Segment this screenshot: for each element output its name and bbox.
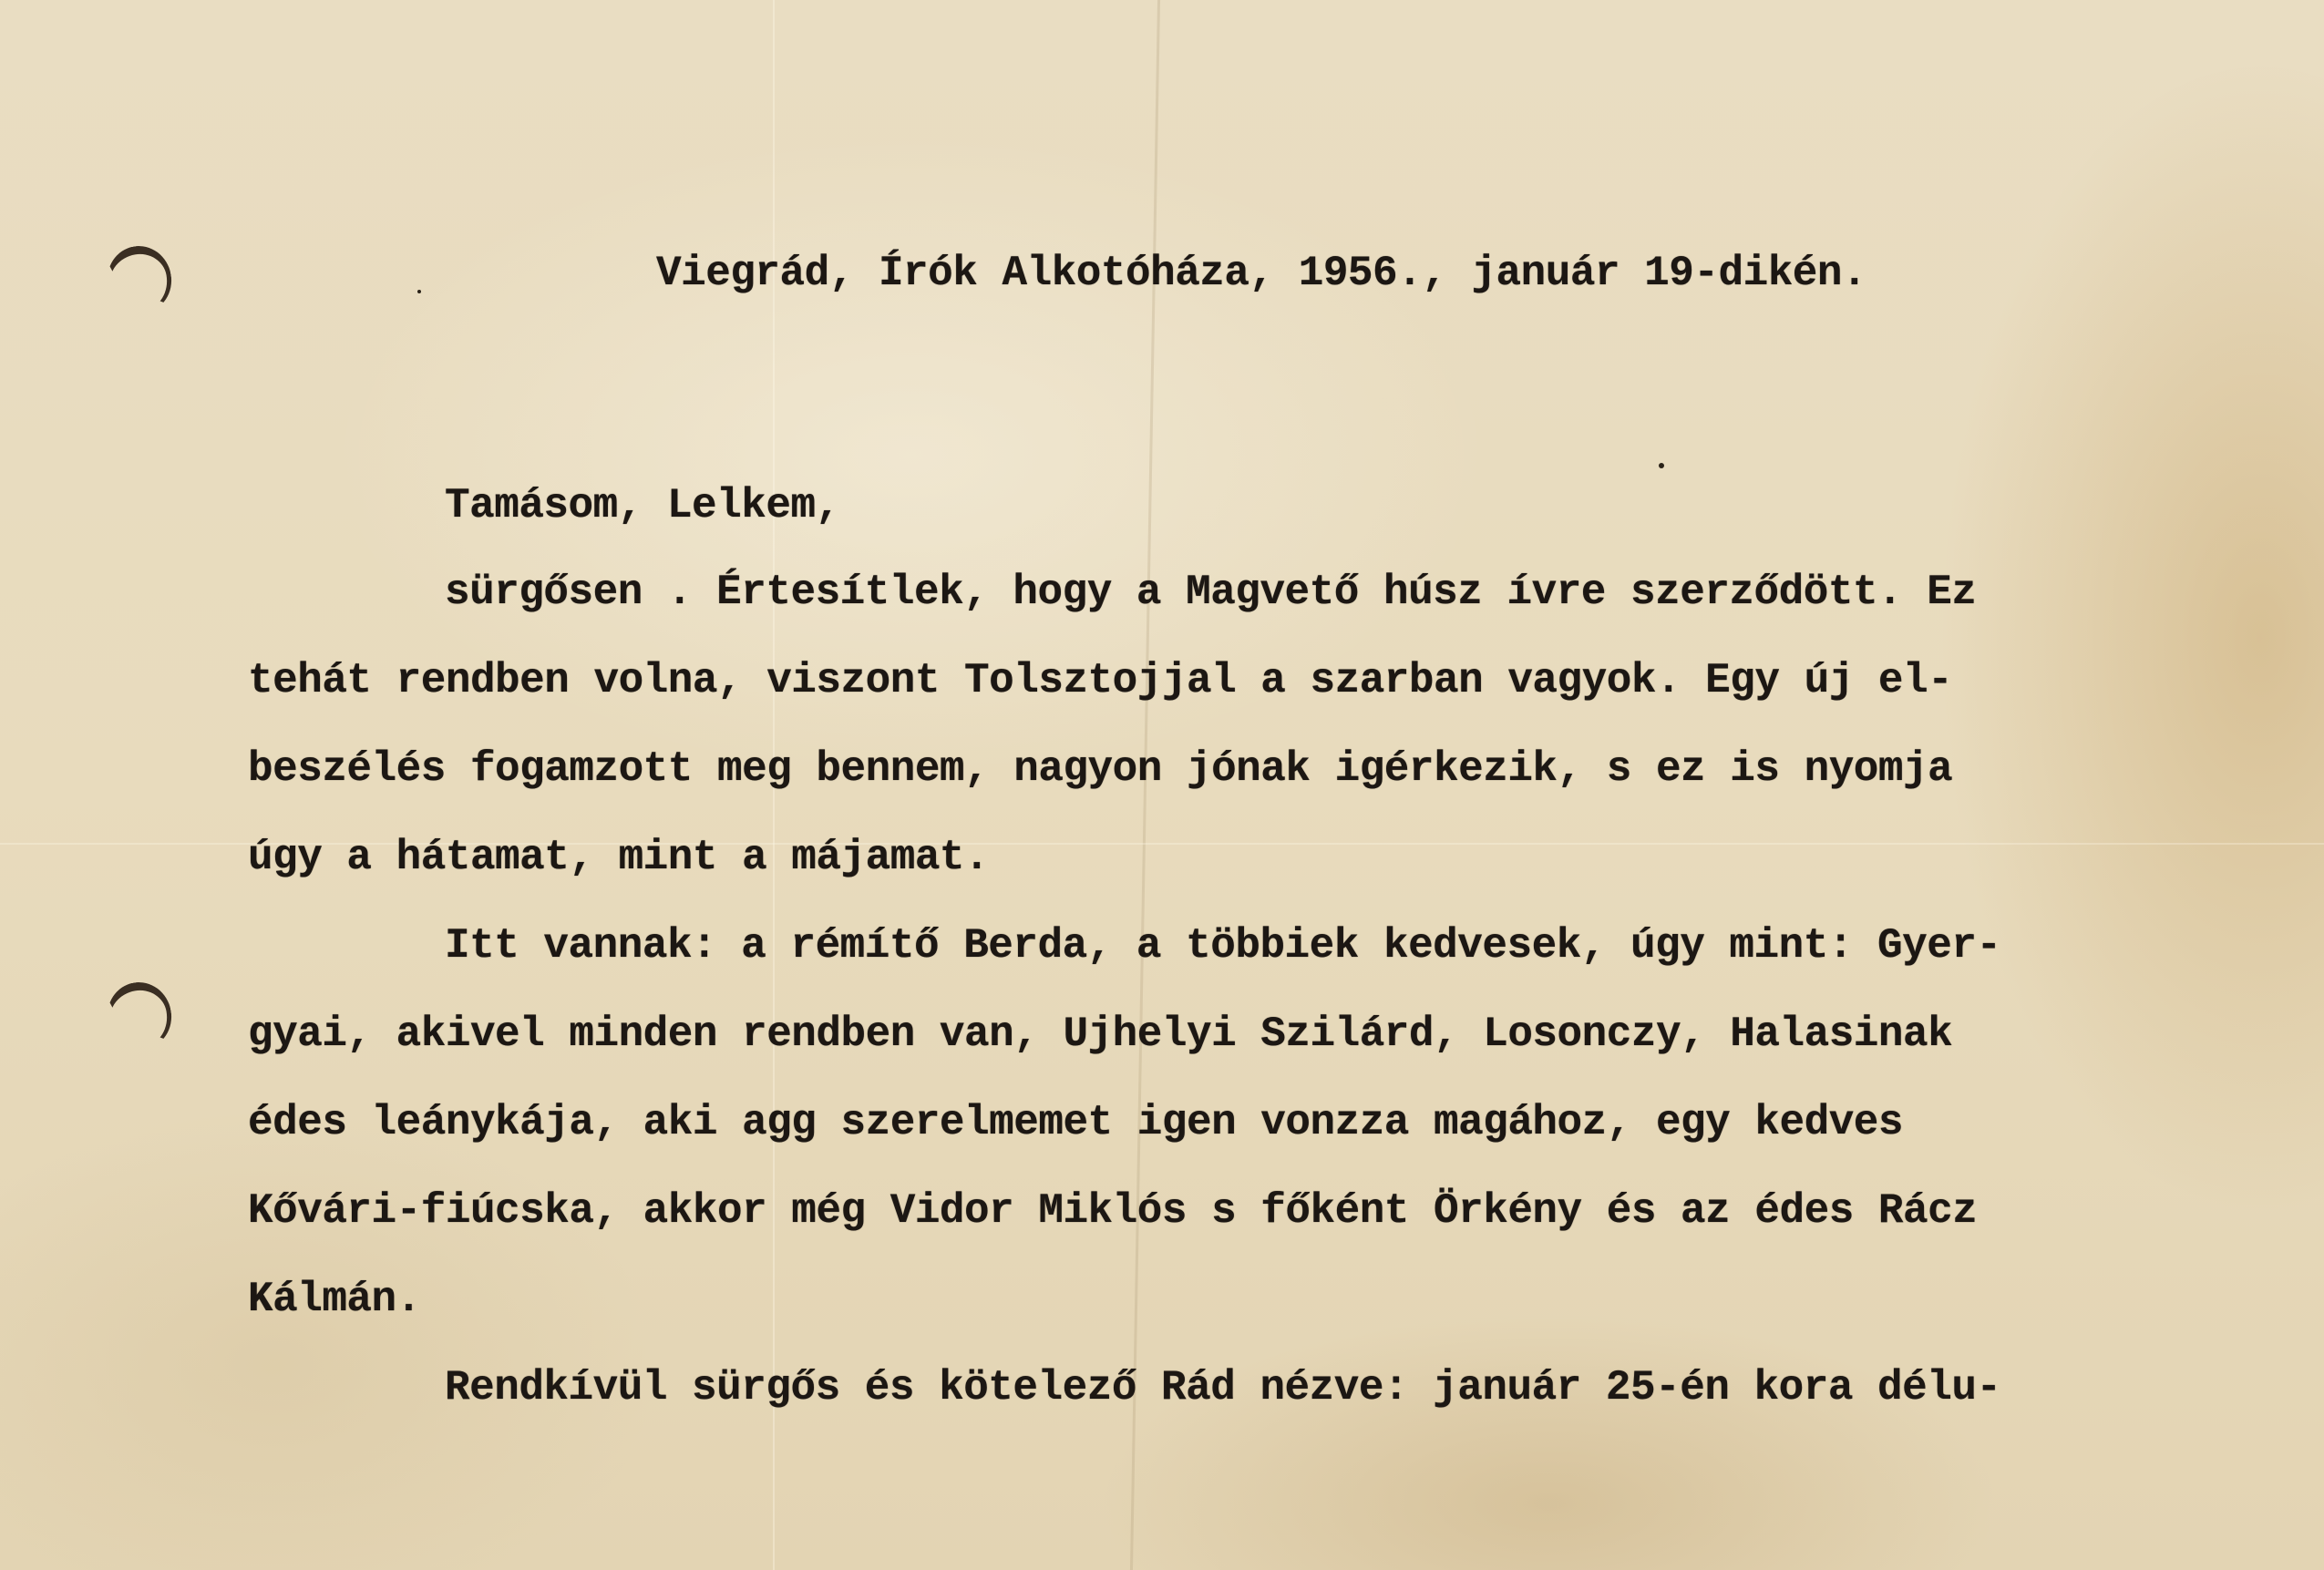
salutation: Tamásom, Lelkem,	[445, 478, 840, 533]
body-line: Kővári-fiúcska, akkor még Vidor Miklós s…	[248, 1184, 1977, 1238]
ink-speck	[1659, 463, 1664, 468]
ink-speck	[417, 290, 421, 293]
punch-hole-icon	[102, 977, 177, 1054]
body-line: gyai, akivel minden rendben van, Ujhelyi…	[248, 1007, 1952, 1062]
body-line: tehát rendben volna, viszont Tolsztojjal…	[248, 653, 1952, 708]
body-line: Rendkívül sürgős és kötelező Rád nézve: …	[445, 1360, 2001, 1415]
body-line: Kálmán.	[248, 1272, 421, 1327]
body-line: édes leánykája, aki agg szerelmemet igen…	[248, 1095, 1903, 1150]
body-line: beszélés fogamzott meg bennem, nagyon jó…	[248, 742, 1952, 796]
body-line: Itt vannak: a rémítő Berda, a többiek ke…	[445, 918, 2001, 973]
punch-hole-icon	[102, 241, 177, 318]
dateline: Viegrád, Írók Alkotóháza, 1956., január …	[656, 246, 1866, 301]
letter-page: Viegrád, Írók Alkotóháza, 1956., január …	[0, 0, 2324, 1570]
body-line: sürgősen . Értesítlek, hogy a Magvető hú…	[445, 565, 1976, 620]
body-line: úgy a hátamat, mint a májamat.	[248, 830, 989, 885]
